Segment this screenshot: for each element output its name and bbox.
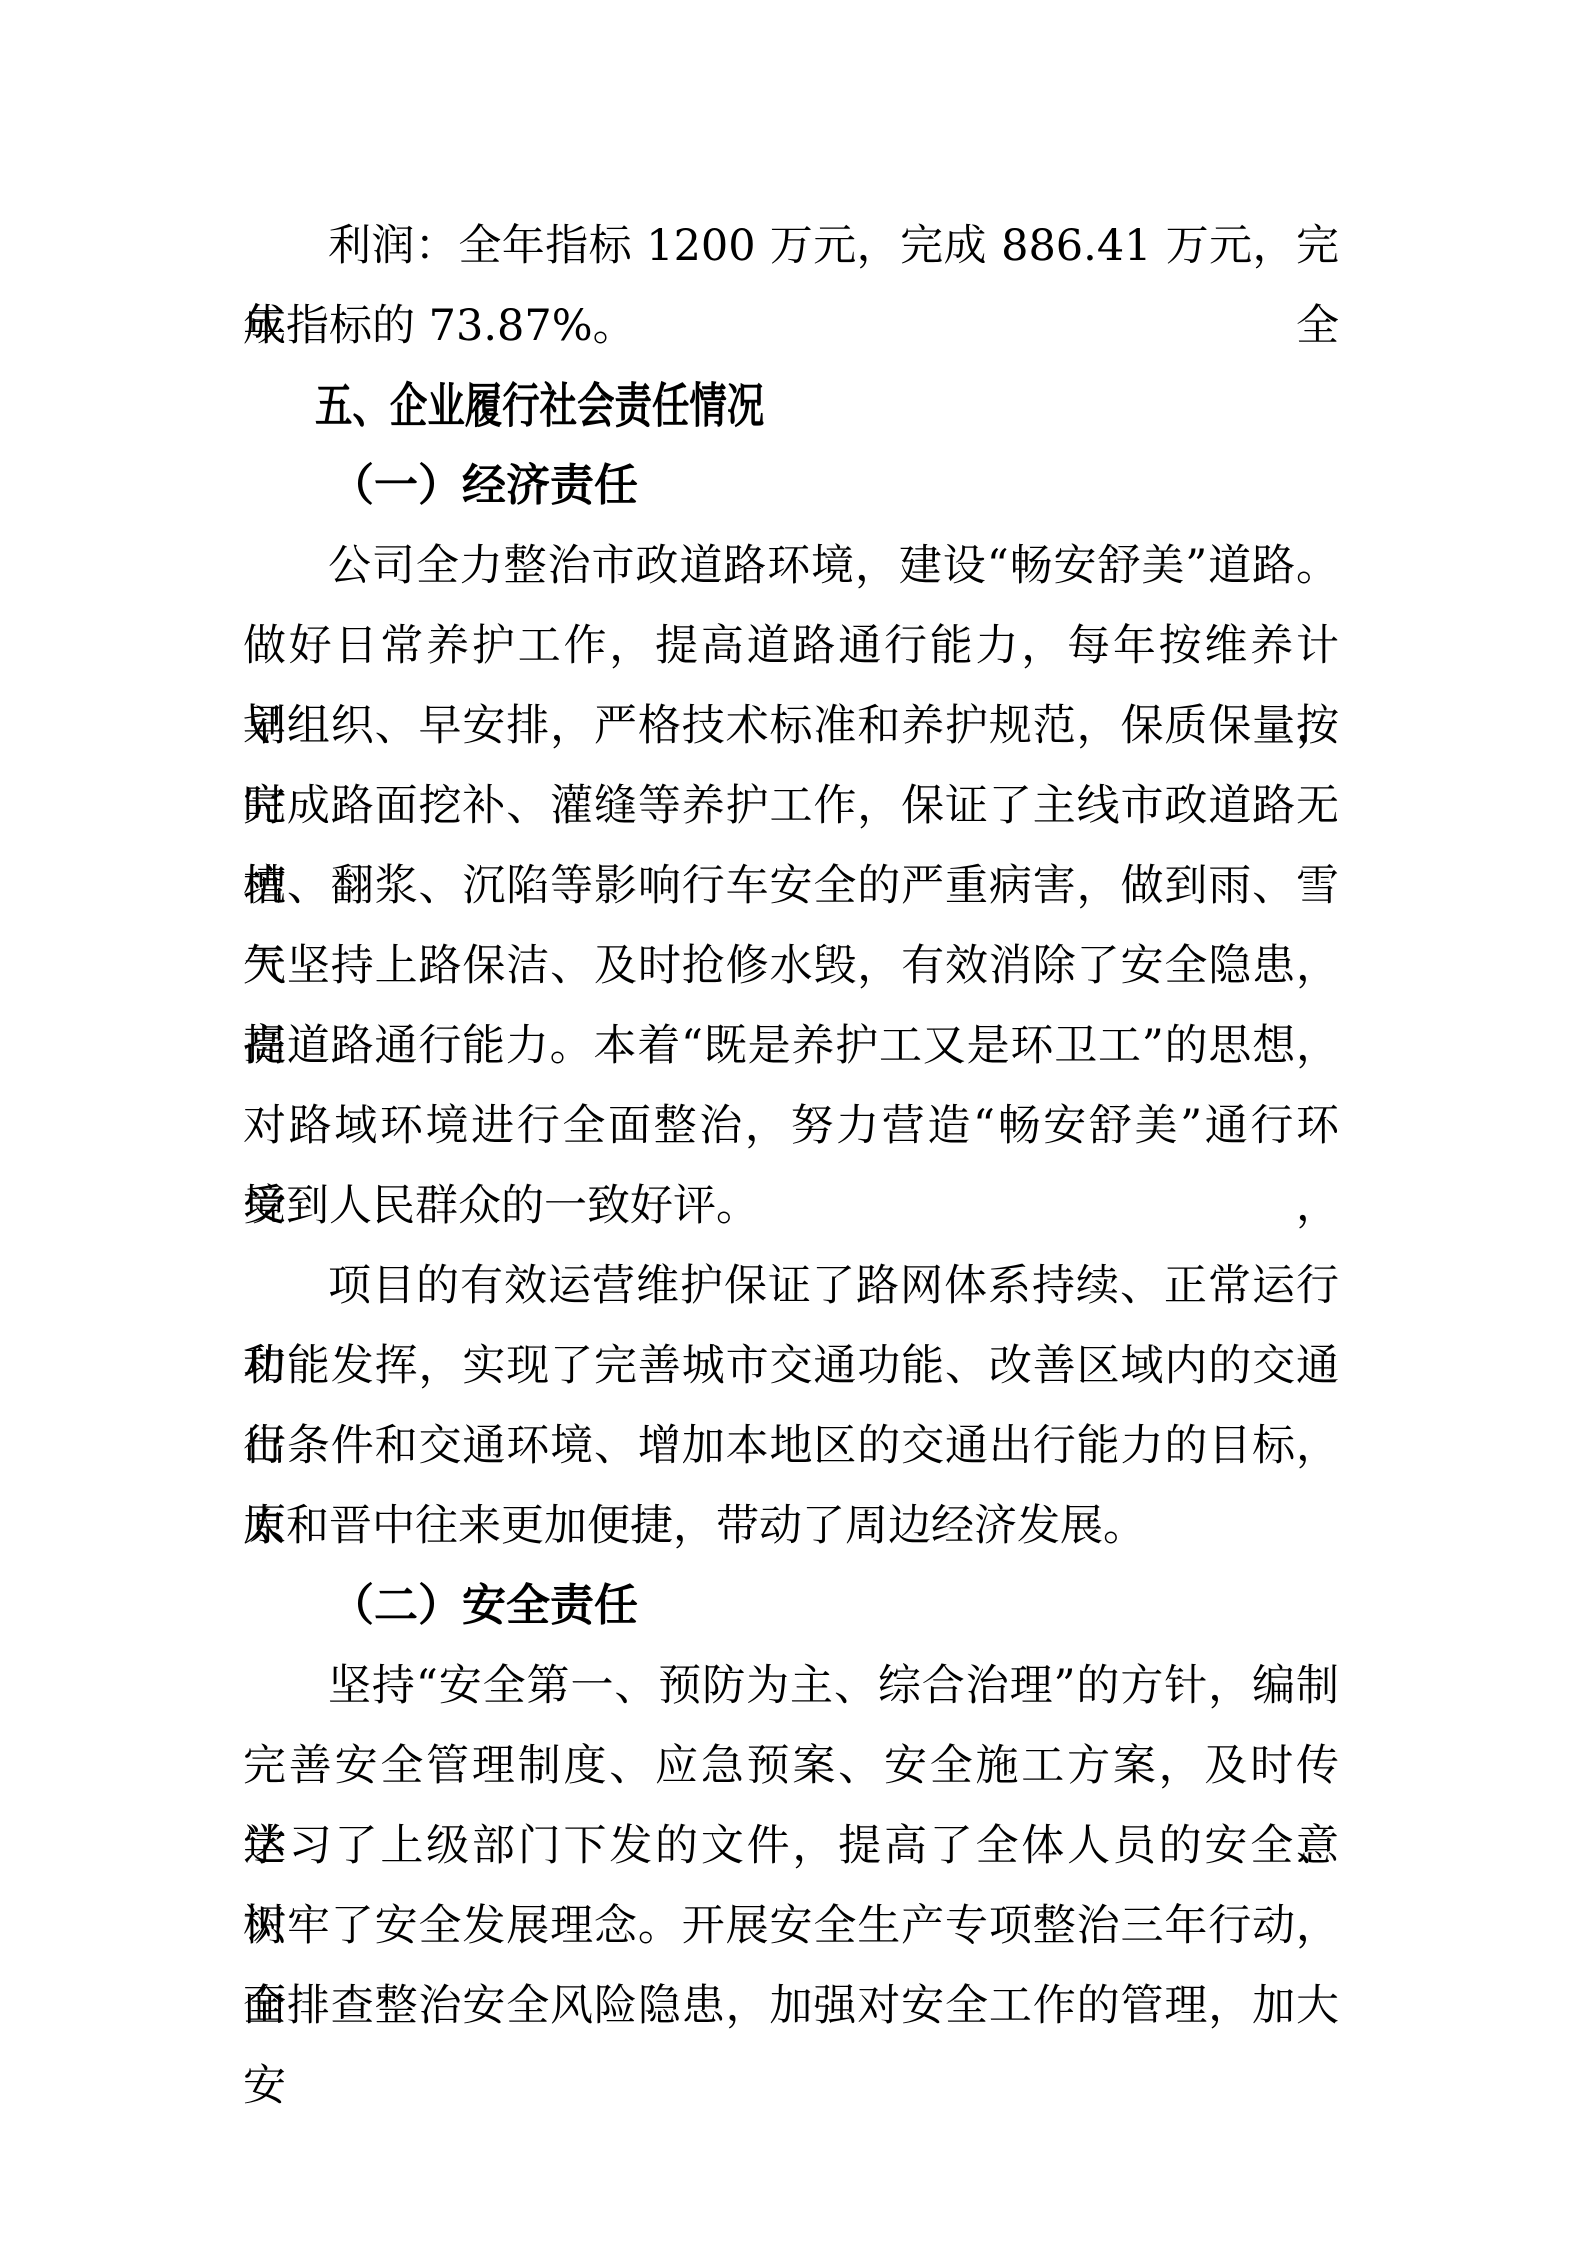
paragraph-line: 完善安全管理制度、应急预案、安全施工方案，及时传达、 (243, 1726, 1339, 1806)
paragraph-line: 行条件和交通环境、增加本地区的交通出行能力的目标，太 (243, 1406, 1339, 1486)
paragraph-line: 早组织、早安排，严格技术标准和养护规范，保质保量按时 (243, 686, 1339, 766)
subsection-heading: （二）安全责任 (243, 1566, 1339, 1646)
paragraph-line: 树牢了安全发展理念。开展安全生产专项整治三年行动，全 (243, 1886, 1339, 1966)
paragraph-line: 原和晋中往来更加便捷，带动了周边经济发展。 (243, 1486, 1339, 1566)
paragraph-line: 项目的有效运营维护保证了路网体系持续、正常运行和 (243, 1246, 1339, 1326)
paragraph-line: 面排查整治安全风险隐患，加强对安全工作的管理，加大安 (243, 1966, 1339, 2046)
paragraph-line: 高道路通行能力。本着“既是养护工又是环卫工”的思想， (243, 1006, 1339, 1086)
paragraph-line: 做好日常养护工作，提高道路通行能力，每年按维养计划， (243, 606, 1339, 686)
paragraph-line: 对路域环境进行全面整治，努力营造“畅安舒美”通行环境， (243, 1086, 1339, 1166)
section-heading: 五、企业履行社会责任情况 (243, 366, 1339, 446)
paragraph-line: 坚持“安全第一、预防为主、综合治理”的方针，编制 (243, 1646, 1339, 1726)
document-page: 利润：全年指标 1200 万元，完成 886.41 万元，完成全 年指标的 73… (0, 0, 1587, 2245)
paragraph-line: 气坚持上路保洁、及时抢修水毁，有效消除了安全隐患，提 (243, 926, 1339, 1006)
paragraph-line: 功能发挥，实现了完善城市交通功能、改善区域内的交通出 (243, 1326, 1339, 1406)
paragraph-line: 学习了上级部门下发的文件，提高了全体人员的安全意识， (243, 1806, 1339, 1886)
subsection-heading: （一）经济责任 (243, 446, 1339, 526)
paragraph-line: 公司全力整治市政道路环境，建设“畅安舒美”道路。 (243, 526, 1339, 606)
paragraph-line: 利润：全年指标 1200 万元，完成 886.41 万元，完成全 (243, 206, 1339, 286)
document-body: 利润：全年指标 1200 万元，完成 886.41 万元，完成全 年指标的 73… (243, 206, 1339, 2046)
paragraph-line: 完成路面挖补、灌缝等养护工作，保证了主线市政道路无坑 (243, 766, 1339, 846)
section-heading-text: 五、企业履行社会责任情况 (315, 366, 764, 446)
paragraph-line: 槽、翻浆、沉陷等影响行车安全的严重病害，做到雨、雪天 (243, 846, 1339, 926)
